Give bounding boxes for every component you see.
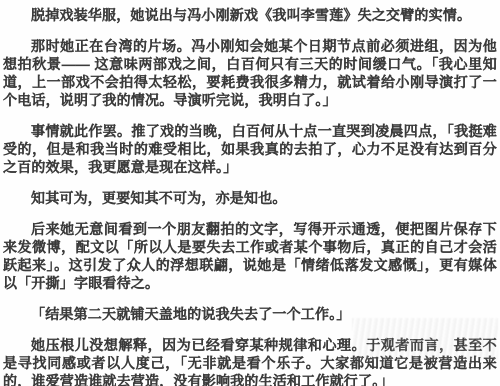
article-body: 脱掉戏装华服，她说出与冯小刚新戏《我叫李雪莲》失之交臂的实情。 那时她正在台湾的…: [3, 6, 497, 386]
paragraph-no-explain: 她压根儿没想解释，因为已经看穿某种规律和心理。于观者而言，甚至不是寻找同感或者以…: [3, 336, 497, 386]
paragraph-crying-night: 事情就此作罢。推了戏的当晚，白百何从十点一直哭到凌晨四点，「我挺难受的，但是和我…: [3, 122, 497, 176]
paragraph-aphorism: 知其可为，更要知其不可为，亦是知也。: [3, 189, 497, 207]
paragraph-weibo-post: 后来她无意间看到一个朋友翻拍的文字，写得开示通透，便把图片保存下来发微博，配文以…: [3, 220, 497, 292]
paragraph-taiwan-set: 那时她正在台湾的片场。冯小刚知会她某个日期节点前必须进组，因为他想拍秋景—— 这…: [3, 37, 497, 109]
paragraph-intro: 脱掉戏装华服，她说出与冯小刚新戏《我叫李雪莲》失之交臂的实情。: [3, 6, 497, 24]
article-page: 脱掉戏装华服，她说出与冯小刚新戏《我叫李雪莲》失之交臂的实情。 那时她正在台湾的…: [0, 0, 500, 386]
paragraph-quote-lost-job: 「结果第二天就铺天盖地的说我失去了一个工作。」: [3, 305, 497, 323]
